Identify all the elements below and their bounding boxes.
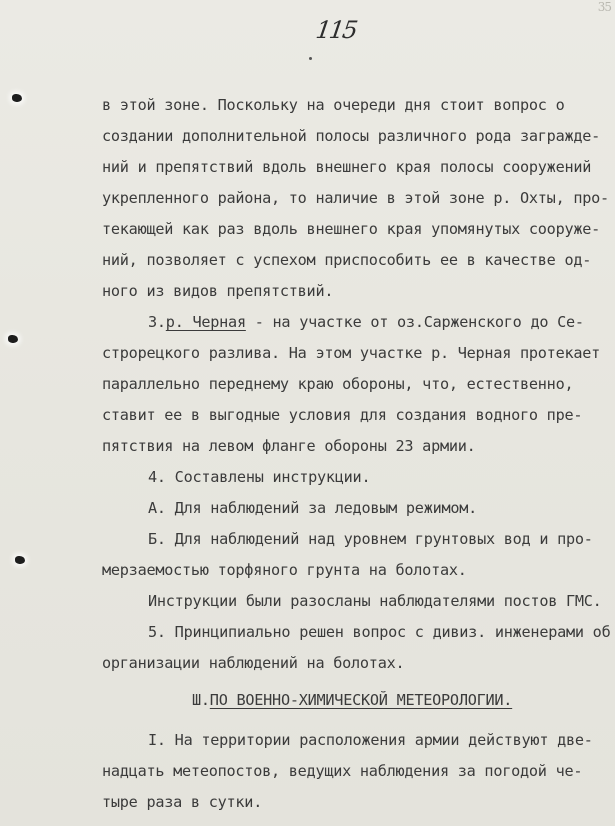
text-line: организации наблюдений на болотах. [102,654,404,672]
text-line: ний и препятствий вдоль внешнего края по… [102,158,591,176]
text-line: ставит ее в выгодные условия для создани… [102,406,582,424]
text-line: 4. Составлены инструкции. [148,468,370,486]
text-line: ного из видов препятствий. [102,282,333,300]
document-page: 35 115 в этой зоне. Поскольку на очереди… [0,0,615,826]
text-line: в этой зоне. Поскольку на очереди дня ст… [102,96,564,114]
binding-hole-icon [15,556,25,564]
text-line: тыре раза в сутки. [102,793,262,811]
item-3-line: 3.р. Черная - на участке от оз.Сарженско… [148,313,584,331]
section-heading: Ш.ПО ВОЕННО-ХИМИЧЕСКОЙ МЕТЕОРОЛОГИИ. [192,691,512,709]
text-line: Б. Для наблюдений над уровнем грунтовых … [148,530,593,548]
item-3-text: - на участке от оз.Сарженского до Се- [246,313,584,331]
section-title: ПО ВОЕННО-ХИМИЧЕСКОЙ МЕТЕОРОЛОГИИ. [210,691,512,709]
archive-sheet-number: 35 [598,0,611,14]
river-name-underlined: р. Черная [166,313,246,331]
text-line: создании дополнительной полосы различног… [102,127,600,145]
text-line: мерзаемостью торфяного грунта на болотах… [102,561,467,579]
handwritten-page-number: 115 [314,16,358,44]
text-line: параллельно переднему краю обороны, что,… [102,375,573,393]
text-line: 5. Принципиально решен вопрос с дивиз. и… [148,623,610,641]
ink-dot [309,57,312,60]
item-3-number: 3. [148,313,166,331]
section-number: Ш. [192,691,210,709]
text-line: укрепленного района, то наличие в этой з… [102,189,609,207]
text-line: ний, позволяет с успехом приспособить ее… [102,251,591,269]
text-line: Инструкции были разосланы наблюдателями … [148,592,602,610]
text-line: надцать метеопостов, ведущих наблюдения … [102,762,582,780]
typewritten-body: в этой зоне. Поскольку на очереди дня ст… [0,0,37,522]
text-line: I. На территории расположения армии дейс… [148,731,593,749]
text-line: пятствия на левом фланге обороны 23 арми… [102,437,476,455]
text-line: строрецкого разлива. На этом участке р. … [102,344,600,362]
text-line: А. Для наблюдений за ледовым режимом. [148,499,477,517]
text-line: текающей как раз вдоль внешнего края упо… [102,220,600,238]
